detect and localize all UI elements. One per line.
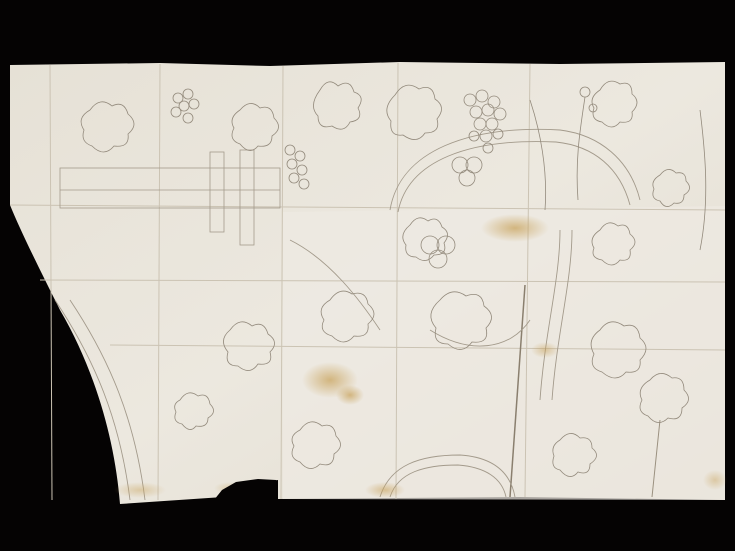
paper-panel	[283, 206, 725, 500]
photo-scene	[0, 0, 735, 551]
